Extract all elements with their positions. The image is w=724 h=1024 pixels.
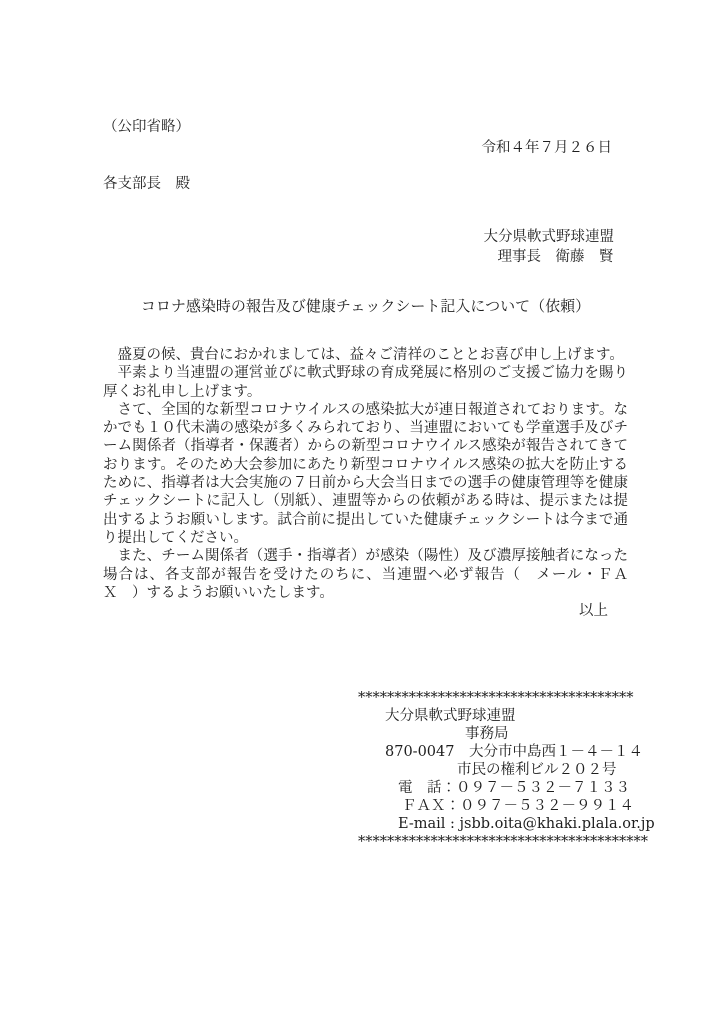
star-divider-top: ************************************** — [358, 689, 628, 707]
letter-body: 盛夏の候、貴台におかれましては、益々ご清祥のこととお喜び申し上げます。 平素より… — [103, 346, 628, 602]
sender-block: 大分県軟式野球連盟 理事長 衛藤 賢 — [484, 227, 629, 267]
subject-title: コロナ感染時の報告及び健康チェックシート記入について（依頼） — [103, 297, 628, 316]
body-paragraph-main-request: さて、全国的な新型コロナウイルスの感染拡大が連日報道されております。なかでも１０… — [103, 401, 628, 547]
contact-block: ************************************** 大… — [358, 689, 628, 851]
contact-building: 市民の権利ビル２０２号 — [358, 761, 628, 779]
sender-organization: 大分県軟式野球連盟 — [484, 227, 615, 247]
seal-omission-note: （公印省略） — [103, 118, 628, 136]
body-paragraph-report-request: また、チーム関係者（選手・指導者）が感染（陽性）及び濃厚接触者になった場合は、各… — [103, 547, 628, 602]
document-date: 令和４年７月２６日 — [103, 139, 628, 157]
contact-fax: ＦＡＸ：０９７－５３２－９９１４ — [358, 797, 628, 815]
recipient-line: 各支部長 殿 — [103, 175, 628, 193]
contact-organization: 大分県軟式野球連盟 — [358, 707, 628, 725]
contact-email: E-mail : jsbb.oita@khaki.plala.or.jp — [358, 815, 628, 833]
letter-page: （公印省略） 令和４年７月２６日 各支部長 殿 大分県軟式野球連盟 理事長 衛藤… — [0, 0, 724, 1024]
body-paragraph-thanks: 平素より当連盟の運営並びに軟式野球の育成発展に格別のご支援ご協力を賜り厚くお礼申… — [103, 364, 628, 401]
contact-office: 事務局 — [358, 725, 628, 743]
star-divider-bottom: **************************************** — [358, 833, 628, 851]
contact-postal-address: 870-0047 大分市中島西１－４－１４ — [358, 743, 628, 761]
closing-word: 以上 — [103, 602, 628, 620]
body-paragraph-greeting: 盛夏の候、貴台におかれましては、益々ご清祥のこととお喜び申し上げます。 — [103, 346, 628, 364]
sender-representative: 理事長 衛藤 賢 — [484, 247, 615, 267]
contact-telephone: 電 話：０９７－５３２－７１３３ — [358, 779, 628, 797]
